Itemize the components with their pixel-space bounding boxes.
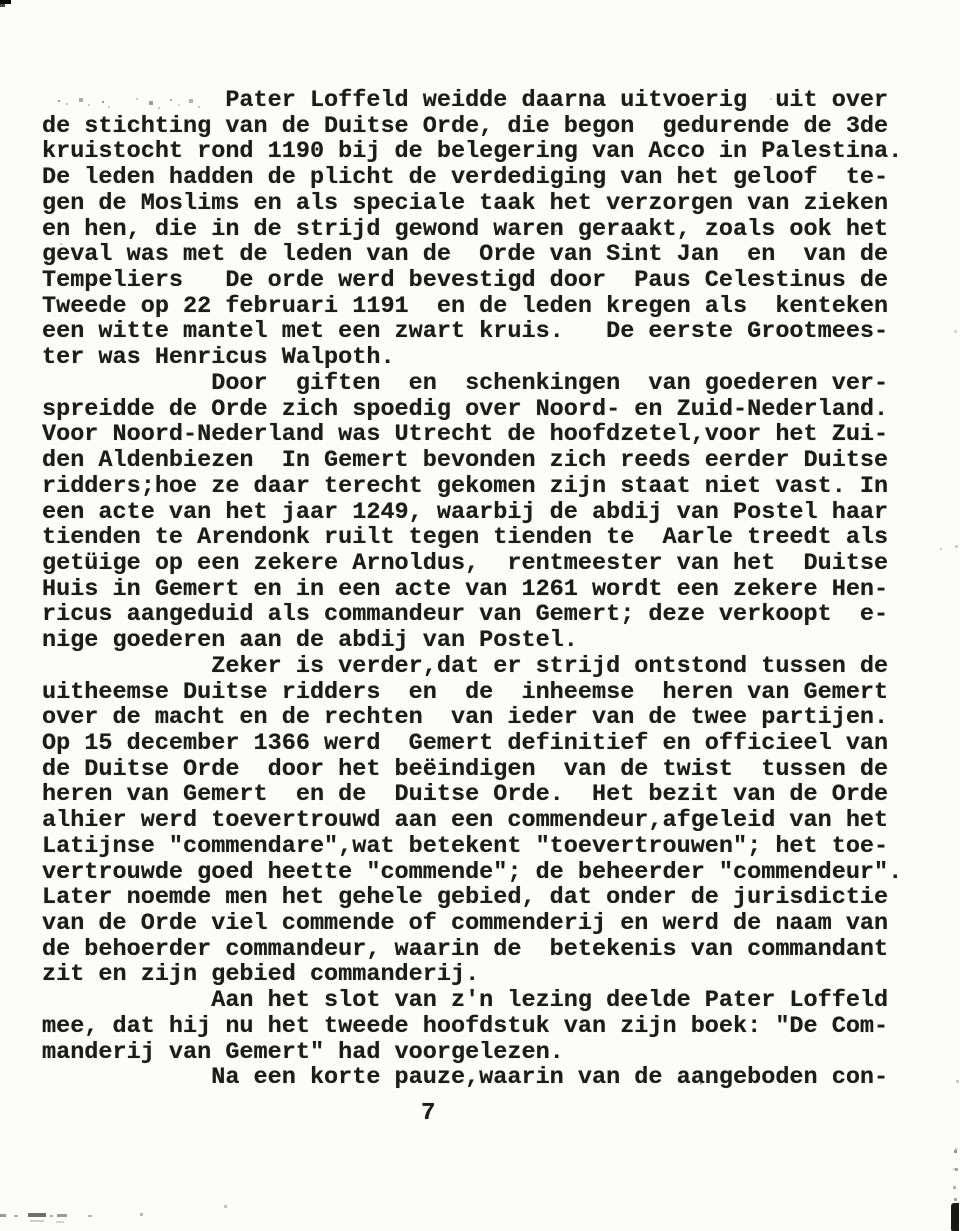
- text-line: Zeker is verder,dat er strijd ontstond t…: [42, 654, 902, 680]
- text-line: Huis in Gemert en in een acte van 1261 w…: [42, 577, 902, 603]
- scan-dash-artifact: [30, 1220, 44, 1222]
- scan-dash-artifact: [224, 1205, 227, 1208]
- typewritten-text-block: Pater Loffeld weidde daarna uitvoerig ui…: [42, 88, 902, 1091]
- text-line: Pater Loffeld weidde daarna uitvoerig ui…: [42, 88, 902, 114]
- text-line: zit en zijn gebied commanderij.: [42, 962, 902, 988]
- text-line: den Aldenbiezen In Gemert bevonden zich …: [42, 448, 902, 474]
- text-line: heren van Gemert en de Duitse Orde. Het …: [42, 782, 902, 808]
- text-line: over de macht en de rechten van ieder va…: [42, 705, 902, 731]
- text-line: ridders;hoe ze daar terecht gekomen zijn…: [42, 474, 902, 500]
- scan-dash-artifact: [57, 1214, 67, 1217]
- scan-dash-artifact: [56, 1221, 64, 1223]
- scan-dash-artifact: [140, 1213, 143, 1216]
- text-line: de stichting van de Duitse Orde, die beg…: [42, 114, 902, 140]
- text-line: ricus aangeduid als commandeur van Gemer…: [42, 602, 902, 628]
- scan-specks: [954, 1150, 957, 1153]
- text-line: De leden hadden de plicht de verdediging…: [42, 165, 902, 191]
- text-line: een witte mantel met een zwart kruis. De…: [42, 319, 902, 345]
- scan-smudge: [58, 100, 60, 102]
- scan-dash-artifact: [50, 1215, 53, 1217]
- text-line: tienden te Arendonk ruilt tegen tienden …: [42, 525, 902, 551]
- text-line: uitheemse Duitse ridders en de inheemse …: [42, 680, 902, 706]
- text-line: Na een korte pauze,waarin van de aangebo…: [42, 1065, 902, 1091]
- text-line: Tweede op 22 februari 1191 en de leden k…: [42, 294, 902, 320]
- scanned-page: Pater Loffeld weidde daarna uitvoerig ui…: [0, 0, 960, 1231]
- text-line: van de Orde viel commende of commenderij…: [42, 911, 902, 937]
- scan-ink-blob: [951, 1203, 959, 1231]
- text-line: getüige op een zekere Arnoldus, rentmees…: [42, 551, 902, 577]
- text-line: Voor Noord-Nederland was Utrecht de hoof…: [42, 422, 902, 448]
- text-line: Later noemde men het gehele gebied, dat …: [42, 885, 902, 911]
- scan-dash-artifact: [28, 1213, 46, 1217]
- text-line: Op 15 december 1366 werd Gemert definiti…: [42, 731, 902, 757]
- text-line: Tempeliers De orde werd bevestigd door P…: [42, 268, 902, 294]
- text-line: kruistocht rond 1190 bij de belegering v…: [42, 139, 902, 165]
- text-line: Latijnse "commendare",wat betekent "toev…: [42, 834, 902, 860]
- text-line: vertrouwde goed heette "commende"; de be…: [42, 860, 902, 886]
- text-line: Aan het slot van z'n lezing deelde Pater…: [42, 988, 902, 1014]
- page-number: 7: [421, 1100, 435, 1127]
- text-line: nige goederen aan de abdij van Postel.: [42, 628, 902, 654]
- text-line: de Duitse Orde door het beëindigen van d…: [42, 757, 902, 783]
- text-line: Door giften en schenkingen van goederen …: [42, 371, 902, 397]
- scan-dash-artifact: [0, 1214, 6, 1217]
- text-line: mee, dat hij nu het tweede hoofdstuk van…: [42, 1014, 902, 1040]
- scan-specks: [525, 228, 527, 230]
- text-line: de behoerder commandeur, waarin de betek…: [42, 937, 902, 963]
- text-line: geval was met de leden van de Orde van S…: [42, 242, 902, 268]
- text-line: spreidde de Orde zich spoedig over Noord…: [42, 397, 902, 423]
- text-line: ter was Henricus Walpoth.: [42, 345, 902, 371]
- scan-corner-mark: [0, 4, 5, 7]
- scan-dash-artifact: [14, 1215, 18, 1217]
- text-line: gen de Moslims en als speciale taak het …: [42, 191, 902, 217]
- text-line: en hen, die in de strijd gewond waren ge…: [42, 217, 902, 243]
- scan-dash-artifact: [88, 1215, 92, 1217]
- text-line: manderij van Gemert" had voorgelezen.: [42, 1040, 902, 1066]
- text-line: alhier werd toevertrouwd aan een commend…: [42, 808, 902, 834]
- text-line: een acte van het jaar 1249, waarbij de a…: [42, 500, 902, 526]
